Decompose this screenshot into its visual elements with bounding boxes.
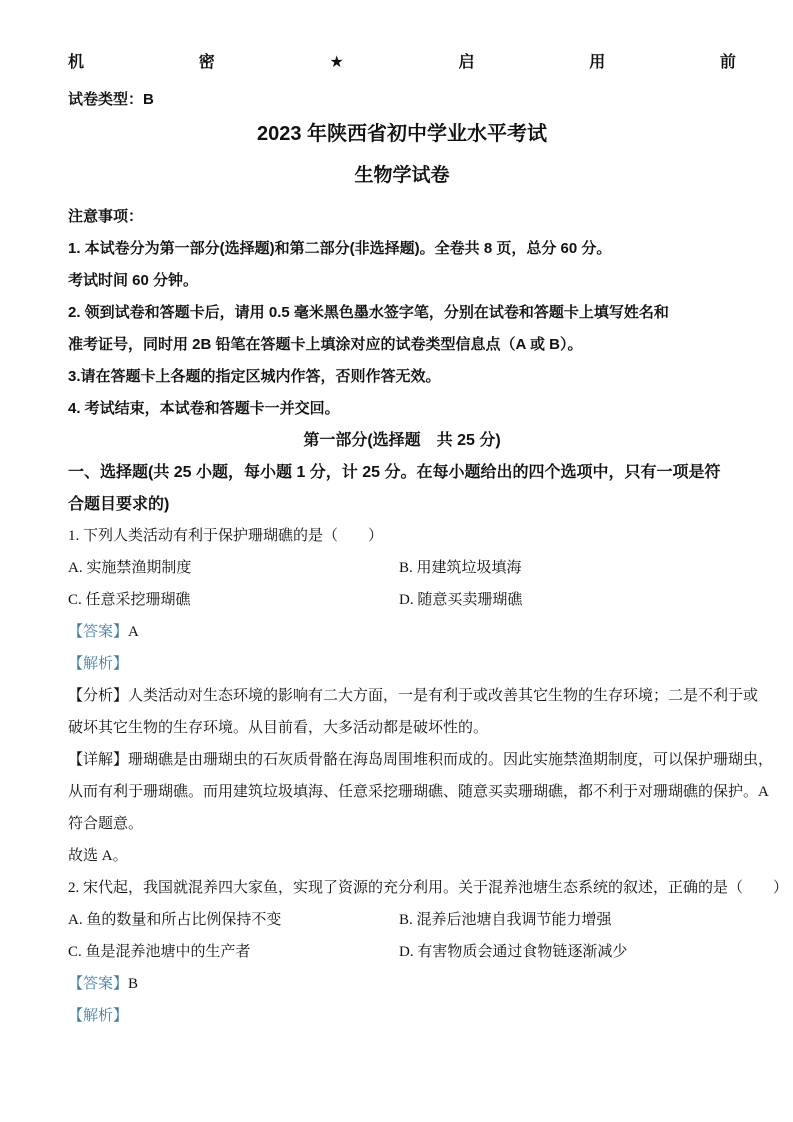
question-1-stem: 1. 下列人类活动有利于保护珊瑚礁的是（ ）	[68, 526, 736, 547]
page-content: 机 密 ★ 启 用 前 试卷类型：B 2023 年陕西省初中学业水平考试 生物学…	[68, 52, 736, 1027]
secrecy-char: 用	[589, 52, 605, 74]
question-1-analysis-heading: 【解析】	[68, 654, 736, 675]
question-2-analysis-heading: 【解析】	[68, 1006, 736, 1027]
notice-line-2: 2. 领到试卷和答题卡后，请用 0.5 毫米黑色墨水签字笔，分别在试卷和答题卡上…	[68, 302, 736, 323]
question-1-analysis-line-3: 【详解】珊瑚礁是由珊瑚虫的石灰质骨骼在海岛周围堆积而成的。因此实施禁渔期制度，可…	[68, 750, 736, 771]
notice-line-3: 3.请在答题卡上各题的指定区城内作答，否则作答无效。	[68, 366, 736, 387]
secrecy-banner: 机 密 ★ 启 用 前	[68, 52, 736, 74]
question-1-analysis-line-4: 从而有利于珊瑚礁。而用建筑垃圾填海、任意采挖珊瑚礁、随意买卖珊瑚礁，都不利于对珊…	[68, 782, 736, 803]
notice-line-2b: 准考证号，同时用 2B 铅笔在答题卡上填涂对应的试卷类型信息点（A 或 B）。	[68, 334, 736, 355]
question-2-option-b: B. 混养后池塘自我调节能力增强	[399, 910, 736, 931]
question-1-option-a: A. 实施禁渔期制度	[68, 558, 399, 579]
answer-label: 【答案】	[68, 976, 128, 992]
notice-line-1: 1. 本试卷分为第一部分(选择题)和第二部分(非选择题)。全卷共 8 页，总分 …	[68, 238, 736, 259]
question-2-options-row-1: A. 鱼的数量和所占比例保持不变 B. 混养后池塘自我调节能力增强	[68, 910, 736, 931]
paper-type-label: 试卷类型：B	[68, 89, 736, 110]
part-one-heading: 第一部分(选择题 共 25 分)	[68, 430, 736, 451]
exam-paper-page: 机 密 ★ 启 用 前 试卷类型：B 2023 年陕西省初中学业水平考试 生物学…	[0, 0, 793, 1122]
question-2-answer-line: 【答案】B	[68, 974, 736, 995]
question-1-option-d: D. 随意买卖珊瑚礁	[399, 590, 736, 611]
secrecy-char: 密	[199, 52, 215, 74]
notice-heading: 注意事项：	[68, 206, 736, 227]
notice-line-4: 4. 考试结束，本试卷和答题卡一并交回。	[68, 398, 736, 419]
question-1-answer-line: 【答案】A	[68, 622, 736, 643]
exam-title: 2023 年陕西省初中学业水平考试	[68, 121, 736, 147]
section-one-heading: 一、选择题(共 25 小题，每小题 1 分，计 25 分。在每小题给出的四个选项…	[68, 462, 736, 483]
analysis-label: 【解析】	[68, 656, 128, 672]
answer-value: B	[128, 976, 138, 992]
answer-label: 【答案】	[68, 624, 128, 640]
secrecy-char: 启	[458, 52, 474, 74]
question-1-option-c: C. 任意采挖珊瑚礁	[68, 590, 399, 611]
notice-line-1b: 考试时间 60 分钟。	[68, 270, 736, 291]
question-1-analysis-line-2: 破坏其它生物的生存环境。从目前看，大多活动都是破坏性的。	[68, 718, 736, 739]
section-one-heading-cont: 合题目要求的)	[68, 494, 736, 515]
answer-value: A	[128, 624, 139, 640]
question-2-option-c: C. 鱼是混养池塘中的生产者	[68, 942, 399, 963]
question-2-stem: 2. 宋代起，我国就混养四大家鱼，实现了资源的充分利用。关于混养池塘生态系统的叙…	[68, 878, 736, 899]
question-1-option-b: B. 用建筑垃圾填海	[399, 558, 736, 579]
analysis-label: 【解析】	[68, 1008, 128, 1024]
question-1-analysis-line-1: 【分析】人类活动对生态环境的影响有二大方面，一是有利于或改善其它生物的生存环境；…	[68, 686, 736, 707]
star-icon: ★	[329, 52, 343, 74]
secrecy-char: 前	[720, 52, 736, 74]
secrecy-char: 机	[68, 52, 84, 74]
question-1-options-row-1: A. 实施禁渔期制度 B. 用建筑垃圾填海	[68, 558, 736, 579]
question-1-analysis-line-5: 符合题意。	[68, 814, 736, 835]
question-2-options-row-2: C. 鱼是混养池塘中的生产者 D. 有害物质会通过食物链逐渐减少	[68, 942, 736, 963]
exam-subtitle: 生物学试卷	[68, 163, 736, 188]
question-1-options-row-2: C. 任意采挖珊瑚礁 D. 随意买卖珊瑚礁	[68, 590, 736, 611]
question-2-option-d: D. 有害物质会通过食物链逐渐减少	[399, 942, 736, 963]
question-2-option-a: A. 鱼的数量和所占比例保持不变	[68, 910, 399, 931]
question-1-analysis-line-6: 故选 A。	[68, 846, 736, 867]
